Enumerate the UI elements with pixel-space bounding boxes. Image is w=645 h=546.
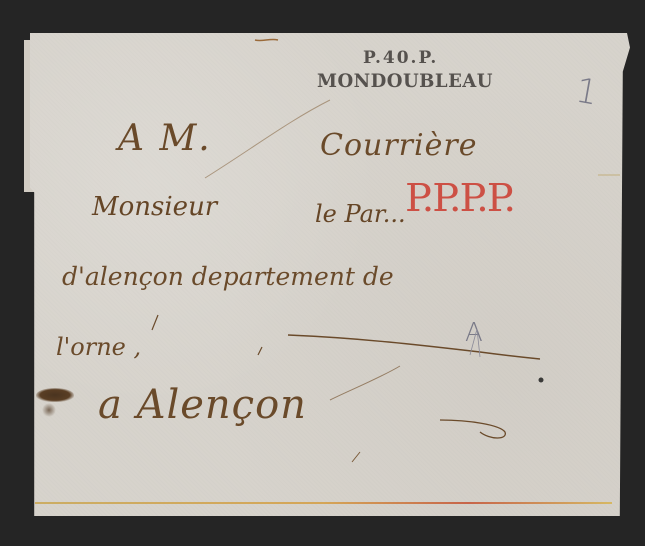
ink-blot-small [42, 403, 56, 417]
address-line-2b: le Par... [315, 200, 406, 228]
address-line-4: l'orne , [56, 333, 141, 361]
address-line-2a: Monsieur [92, 192, 217, 222]
address-line-1b: Courrière [320, 128, 477, 163]
pencil-mark-a: A [465, 318, 483, 348]
address-line-3: d'alençon departement de [62, 262, 394, 291]
address-line-1a: A M. [118, 118, 212, 159]
postmark-town-name: MONDOUBLEAU [317, 70, 493, 92]
postmark-red-ppp: P.P.P.P. [405, 176, 514, 220]
scan-background: P.40.P. MONDOUBLEAU P.P.P.P. A M. Courri… [0, 0, 645, 546]
address-line-5: a Alençon [98, 382, 307, 428]
letter-bottom-edge [35, 502, 612, 504]
ink-blot [36, 388, 74, 402]
postmark-departement-number: P.40.P. [363, 48, 438, 68]
